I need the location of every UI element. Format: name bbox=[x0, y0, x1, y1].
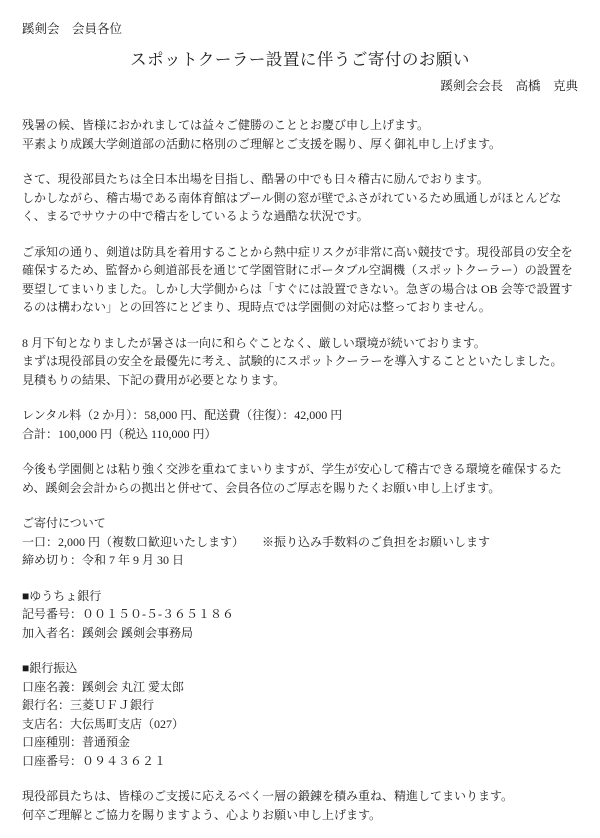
text-line: 支店名：大伝馬町支店（027） bbox=[22, 715, 578, 734]
text-line: 加入者名：蹊剣会 蹊剣会事務局 bbox=[22, 624, 578, 643]
recipient-line: 蹊剣会 会員各位 bbox=[22, 20, 578, 39]
text-line: く、まるでサウナの中で稽古をしているような過酷な状況です。 bbox=[22, 207, 578, 226]
document-title: スポットクーラー設置に伴うご寄付のお願い bbox=[22, 47, 578, 73]
text-line: 残暑の候、皆様におかれましては益々ご健勝のこととお慶び申し上げます。 bbox=[22, 116, 578, 135]
text-line: 合計：100,000 円（税込 110,000 円） bbox=[22, 425, 578, 444]
paragraph: さて、現役部員たちは全日本出場を目指し、酷暑の中でも日々稽古に励んでおります。し… bbox=[22, 170, 578, 226]
paragraph: 残暑の候、皆様におかれましては益々ご健勝のこととお慶び申し上げます。平素より成蹊… bbox=[22, 116, 578, 153]
text-line: 確保するため、監督から剣道部長を通じて学園管財にポータブル空調機（スポットクーラ… bbox=[22, 261, 578, 280]
text-line: 要望してまいりました。しかし大学側からは「すぐには設置できない。急ぎの場合は O… bbox=[22, 280, 578, 299]
paragraph: 今後も学園側とは粘り強く交渉を重ねてまいりますが、学生が安心して稽古できる環境を… bbox=[22, 460, 578, 497]
text-line: まずは現役部員の安全を最優先に考え、試験的にスポットクーラーを導入することといた… bbox=[22, 352, 578, 371]
text-line: ご寄付について bbox=[22, 514, 578, 533]
text-line: 口座番号：０９４３６２１ bbox=[22, 752, 578, 771]
text-line: 記号番号：００１５０-５-３６５１８６ bbox=[22, 605, 578, 624]
text-line: め、蹊剣会会計からの拠出と併せて、会員各位のご厚志を賜りたくお願い申し上げます。 bbox=[22, 479, 578, 498]
paragraph: レンタル料（2 か月）：58,000 円、配送費（往復）：42,000 円合計：… bbox=[22, 406, 578, 443]
document-page: 蹊剣会 会員各位 スポットクーラー設置に伴うご寄付のお願い 蹊剣会会長 高橋 克… bbox=[0, 0, 600, 838]
text-line: 口座種別：普通預金 bbox=[22, 733, 578, 752]
text-line: 見積もりの結果、下記の費用が必要となります。 bbox=[22, 371, 578, 390]
paragraph: ご寄付について一口：2,000 円（複数口歓迎いたします） ※振り込み手数料のご… bbox=[22, 514, 578, 570]
sender-line: 蹊剣会会長 高橋 克典 bbox=[22, 77, 578, 96]
text-line: ■ゆうちょ銀行 bbox=[22, 587, 578, 606]
paragraph: ご承知の通り、剣道は防具を着用することから熱中症リスクが非常に高い競技です。現役… bbox=[22, 243, 578, 317]
text-line: 今後も学園側とは粘り強く交渉を重ねてまいりますが、学生が安心して稽古できる環境を… bbox=[22, 460, 578, 479]
text-line: ご承知の通り、剣道は防具を着用することから熱中症リスクが非常に高い競技です。現役… bbox=[22, 243, 578, 262]
text-line: 締め切り：令和 7 年 9 月 30 日 bbox=[22, 551, 578, 570]
paragraph: ■銀行振込口座名義：蹊剣会 丸江 愛太郎銀行名：三菱ＵＦＪ銀行支店名：大伝馬町支… bbox=[22, 659, 578, 770]
paragraph: 8 月下旬となりましたが暑さは一向に和らぐことなく、厳しい環境が続いております。… bbox=[22, 334, 578, 390]
text-line: さて、現役部員たちは全日本出場を目指し、酷暑の中でも日々稽古に励んでおります。 bbox=[22, 170, 578, 189]
text-line: 何卒ご理解とご協力を賜りますよう、心よりお願い申し上げます。 bbox=[22, 806, 578, 825]
text-line: 8 月下旬となりましたが暑さは一向に和らぐことなく、厳しい環境が続いております。 bbox=[22, 334, 578, 353]
text-line: レンタル料（2 か月）：58,000 円、配送費（往復）：42,000 円 bbox=[22, 406, 578, 425]
text-line: 口座名義：蹊剣会 丸江 愛太郎 bbox=[22, 678, 578, 697]
document-body: 残暑の候、皆様におかれましては益々ご健勝のこととお慶び申し上げます。平素より成蹊… bbox=[22, 116, 578, 824]
text-line: しかしながら、稽古場である南体育館はプール側の窓が壁でふさがれているため風通しが… bbox=[22, 189, 578, 208]
paragraph: 現役部員たちは、皆様のご支援に応えるべく一層の鍛錬を積み重ね、精進してまいります… bbox=[22, 787, 578, 824]
text-line: 銀行名：三菱ＵＦＪ銀行 bbox=[22, 696, 578, 715]
paragraph: ■ゆうちょ銀行記号番号：００１５０-５-３６５１８６加入者名：蹊剣会 蹊剣会事務… bbox=[22, 587, 578, 643]
text-line: 現役部員たちは、皆様のご支援に応えるべく一層の鍛錬を積み重ね、精進してまいります… bbox=[22, 787, 578, 806]
text-line: るのは構わない」との回答にとどまり、現時点では学園側の対応は整っておりません。 bbox=[22, 298, 578, 317]
text-line: 平素より成蹊大学剣道部の活動に格別のご理解とご支援を賜り、厚く御礼申し上げます。 bbox=[22, 135, 578, 154]
text-line: ■銀行振込 bbox=[22, 659, 578, 678]
text-line: 一口：2,000 円（複数口歓迎いたします） ※振り込み手数料のご負担をお願いし… bbox=[22, 533, 578, 552]
